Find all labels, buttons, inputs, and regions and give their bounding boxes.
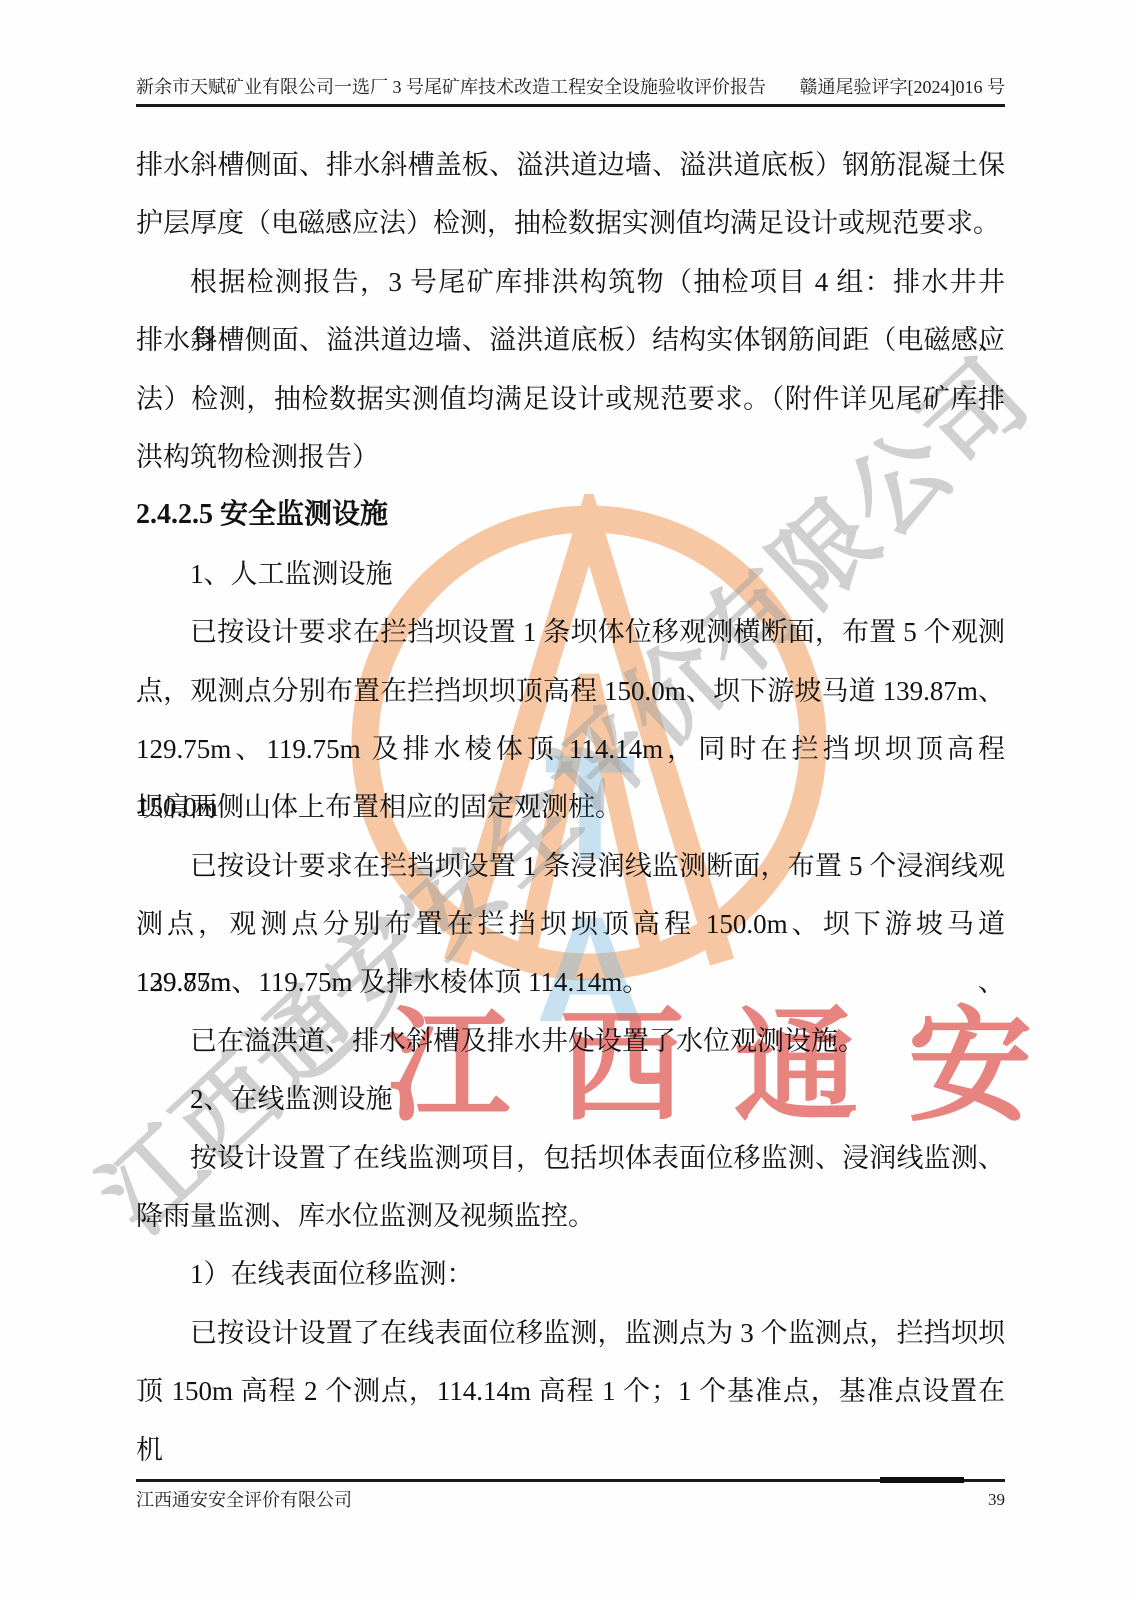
text-line: 坝肩两侧山体上布置相应的固定观测桩。 [136, 778, 1005, 836]
text-line: 法）检测，抽检数据实测值均满足设计或规范要求。（附件详见尾矿库排 [136, 370, 1005, 428]
header-document-number: 赣通尾验评字[2024]016 号 [800, 74, 1006, 100]
text-line: 排水斜槽侧面、排水斜槽盖板、溢洪道边墙、溢洪道底板）钢筋混凝土保 [136, 136, 1005, 194]
text-line: 洪构筑物检测报告） [136, 428, 1005, 486]
text-line: 排水斜槽侧面、溢洪道边墙、溢洪道底板）结构实体钢筋间距（电磁感应 [136, 311, 1005, 369]
text-line: 已按设计要求在拦挡坝设置 1 条坝体位移观测横断面，布置 5 个观测 [136, 603, 1005, 661]
text-line: 2、在线监测设施 [136, 1070, 1005, 1128]
text-line: 1）在线表面位移监测： [136, 1245, 1005, 1303]
text-line: 129.75m、119.75m 及排水棱体顶 114.14m，同时在拦挡坝坝顶高… [136, 720, 1005, 778]
text-line: 护层厚度（电磁感应法）检测，抽检数据实测值均满足设计或规范要求。 [136, 194, 1005, 252]
text-line: 已按设计要求在拦挡坝设置 1 条浸润线监测断面，布置 5 个浸润线观 [136, 837, 1005, 895]
text-line: 顶 150m 高程 2 个测点，114.14m 高程 1 个；1 个基准点，基准… [136, 1362, 1005, 1420]
text-line: 1、人工监测设施 [136, 545, 1005, 603]
text-line: 测点，观测点分别布置在拦挡坝坝顶高程 150.0m、坝下游坡马道 139.87m… [136, 895, 1005, 953]
page-number: 39 [988, 1487, 1005, 1513]
document-page: TA 江西通安安全评价有限公司 江西通安 新余市天赋矿业有限公司一选厂 3 号尾… [0, 0, 1131, 1600]
document-body: 排水斜槽侧面、排水斜槽盖板、溢洪道边墙、溢洪道底板）钢筋混凝土保护层厚度（电磁感… [136, 136, 1005, 1421]
footer-divider [136, 1479, 1005, 1482]
text-line: 已在溢洪道、排水斜槽及排水井处设置了水位观测设施。 [136, 1012, 1005, 1070]
section-heading: 2.4.2.5 安全监测设施 [136, 486, 1005, 544]
page-footer: 江西通安安全评价有限公司 39 [136, 1487, 1005, 1513]
page-header: 新余市天赋矿业有限公司一选厂 3 号尾矿库技术改造工程安全设施验收评价报告 赣通… [136, 74, 1005, 100]
header-report-title: 新余市天赋矿业有限公司一选厂 3 号尾矿库技术改造工程安全设施验收评价报告 [136, 74, 766, 100]
footer-company-name: 江西通安安全评价有限公司 [136, 1487, 352, 1513]
text-line: 降雨量监测、库水位监测及视频监控。 [136, 1187, 1005, 1245]
header-divider [136, 104, 1005, 107]
text-line: 点，观测点分别布置在拦挡坝坝顶高程 150.0m、坝下游坡马道 139.87m、 [136, 662, 1005, 720]
footer-divider-thick-segment [880, 1477, 964, 1483]
text-line: 根据检测报告，3 号尾矿库排洪构筑物（抽检项目 4 组：排水井井身、 [136, 253, 1005, 311]
text-line: 已按设计设置了在线表面位移监测，监测点为 3 个监测点，拦挡坝坝 [136, 1304, 1005, 1362]
text-line: 按设计设置了在线监测项目，包括坝体表面位移监测、浸润线监测、 [136, 1129, 1005, 1187]
